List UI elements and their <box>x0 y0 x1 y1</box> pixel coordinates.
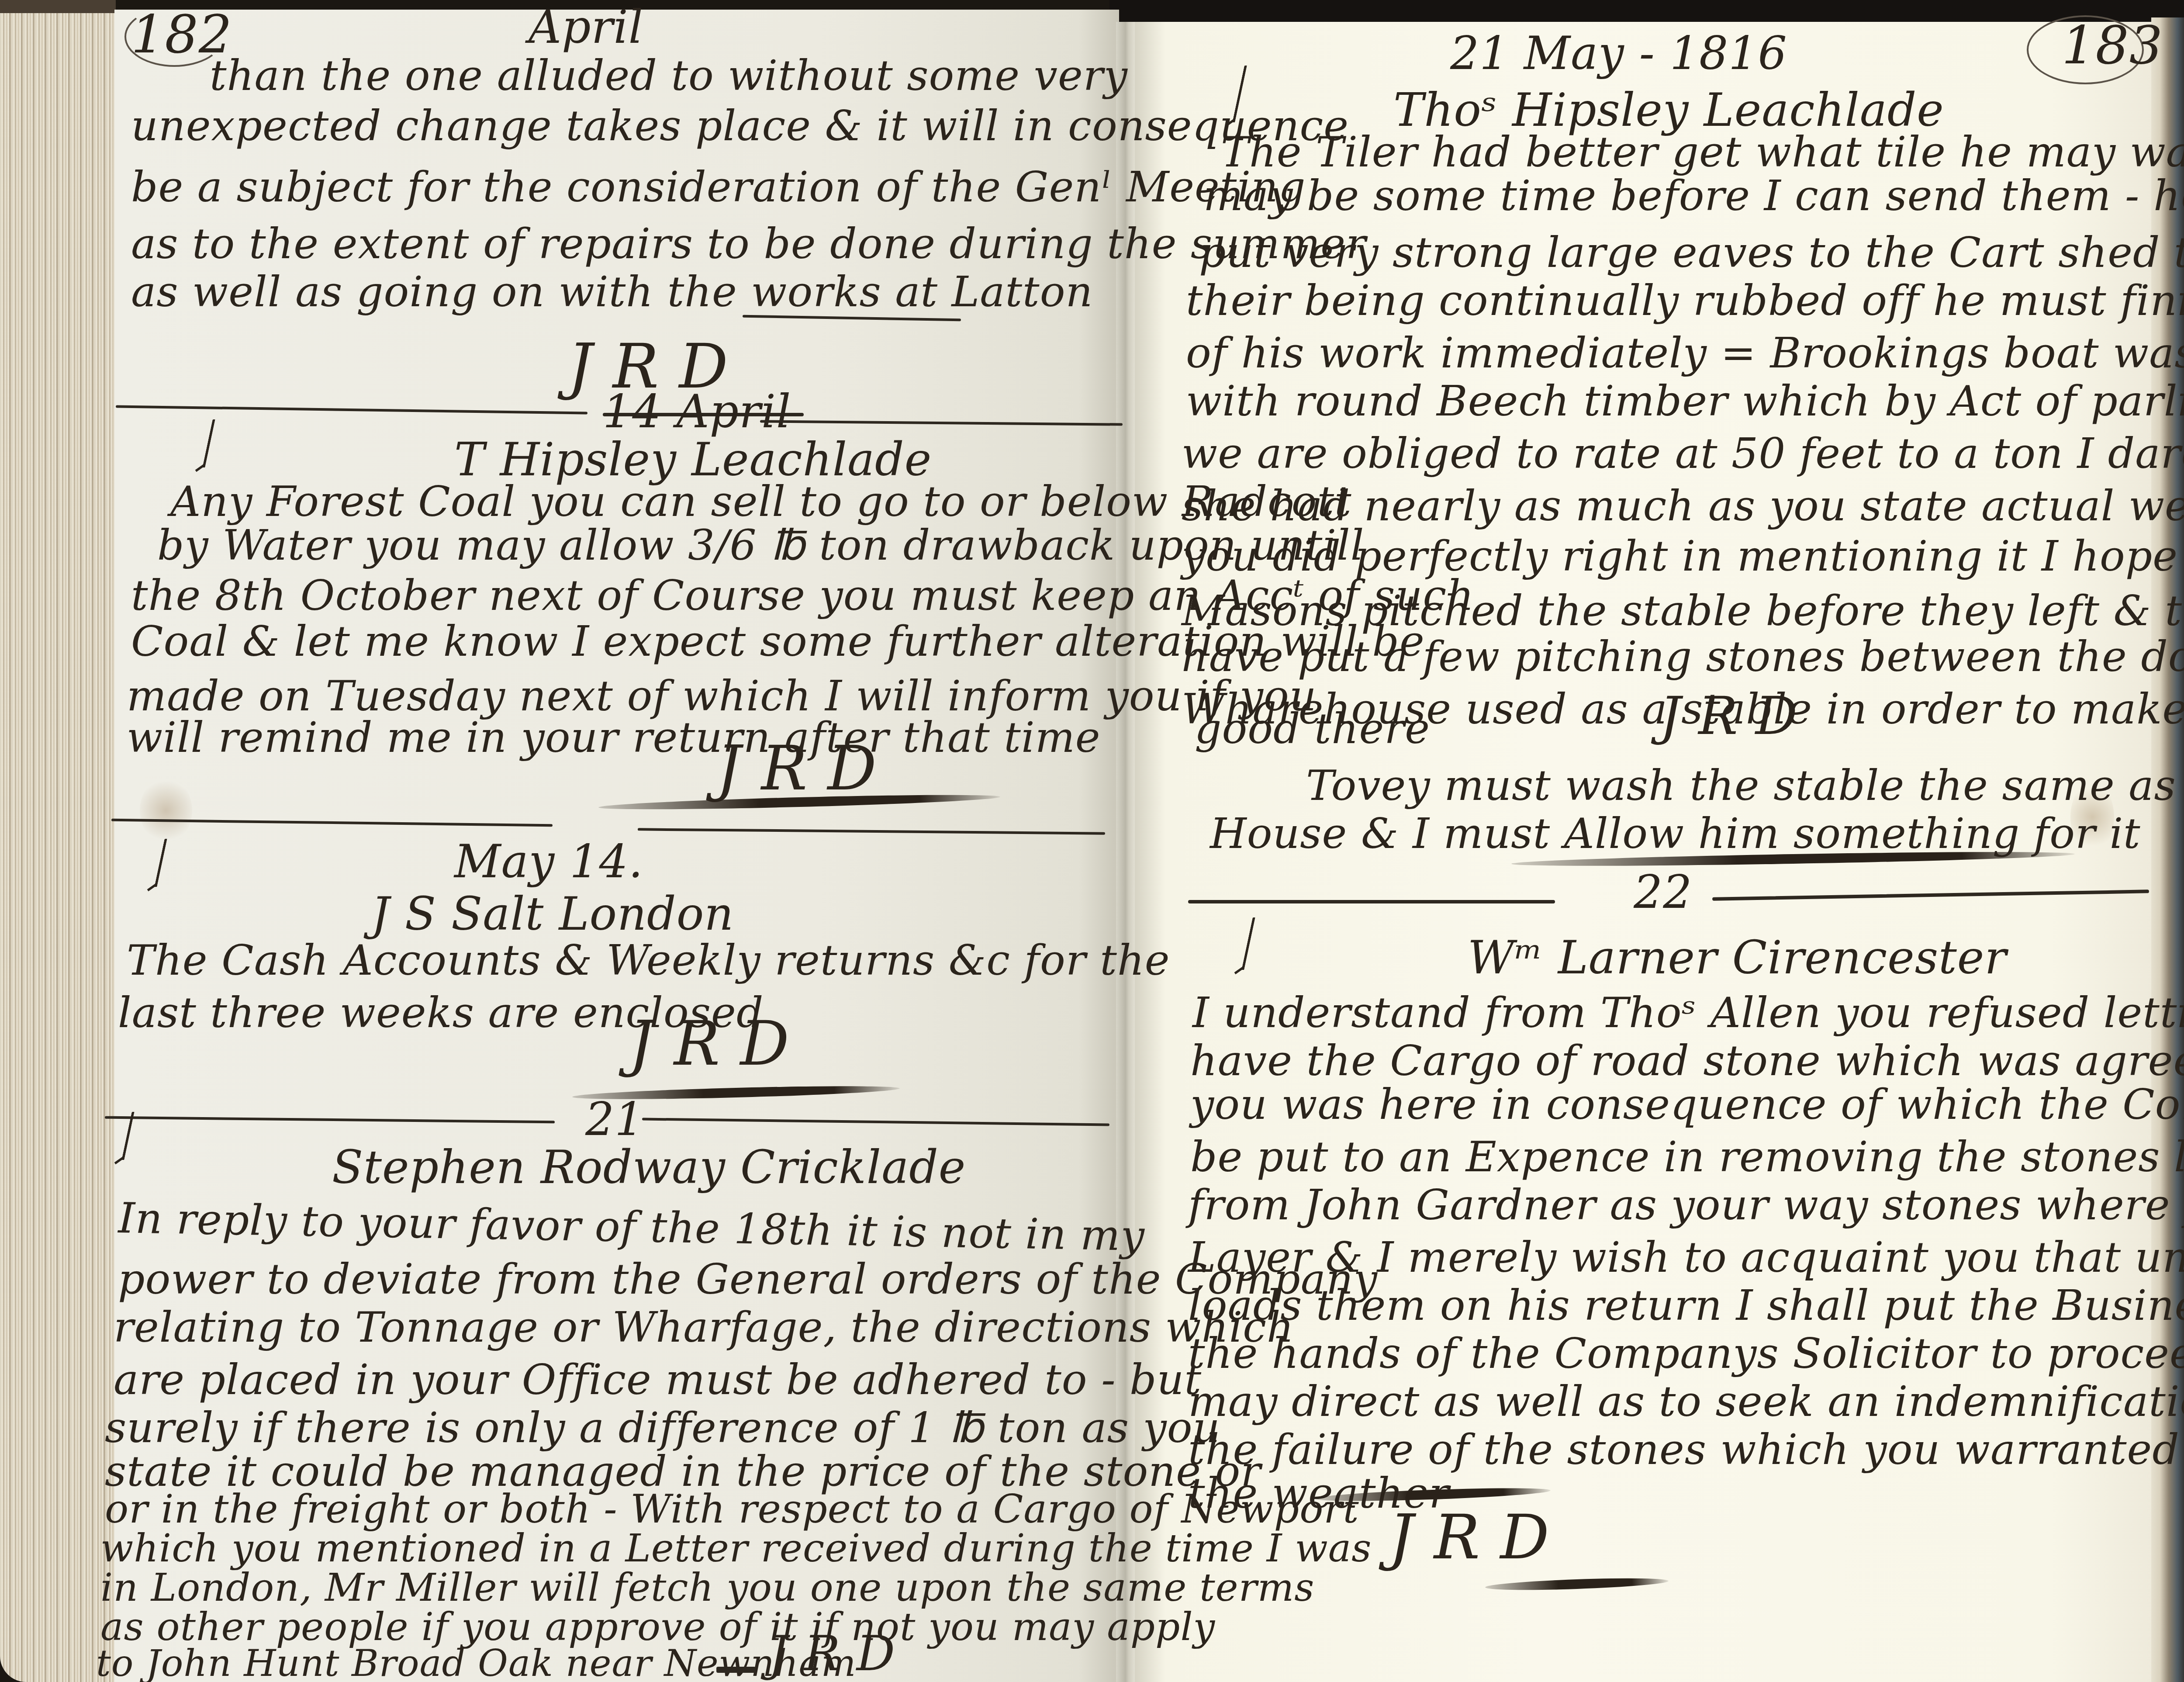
text-line: have the Cargo of road stone which was a… <box>1190 1040 2184 1082</box>
text-line: you did perfectly right in mentioning it… <box>1182 535 2184 577</box>
entry-addressee: T Hipsley Leachlade <box>454 437 932 482</box>
text-line: unexpected change takes place & it will … <box>131 105 1349 147</box>
entry-date: 14 April <box>603 389 791 434</box>
text-line: which you mentioned in a Letter received… <box>100 1529 1372 1568</box>
entry-date: May 14. <box>454 839 643 884</box>
signature: J R D <box>1660 690 1798 743</box>
signature: J R D <box>1389 1507 1550 1568</box>
page-edge-stack <box>0 13 116 1682</box>
text-line: the failure of the stones which you warr… <box>1188 1429 2184 1471</box>
book-spread: 182 April than the one alluded to withou… <box>0 0 2184 1682</box>
text-line: will remind me in your return after that… <box>127 716 1100 758</box>
text-line: relating to Tonnage or Wharfage, the dir… <box>114 1306 1294 1348</box>
entry-addressee: Thoˢ Hipsley Leachlade <box>1393 87 1944 133</box>
text-line: in London, Mr Miller will fetch you one … <box>100 1568 1314 1607</box>
text-line: Layer & I merely wish to acquaint you th… <box>1188 1236 2184 1278</box>
text-line: The Cash Accounts & Weekly returns &c fo… <box>127 939 1170 981</box>
entry-date: 21 May - 1816 <box>1450 31 1787 76</box>
text-line: be put to an Expence in removing the sto… <box>1190 1136 2184 1178</box>
signature: J R D <box>629 1014 790 1075</box>
text-line: or in the freight or both - With respect… <box>105 1490 1359 1529</box>
signature: J R D <box>716 738 877 799</box>
text-line: surely if there is only a difference of … <box>105 1407 1220 1449</box>
text-line: she had nearly as much as you state actu… <box>1182 485 2184 527</box>
page-number: 183 <box>2062 20 2163 72</box>
text-line: Any Forest Coal you can sell to go to or… <box>170 481 1352 523</box>
text-line: may direct as well as to seek an indemni… <box>1188 1381 2184 1422</box>
text-line: as well as going on with the works at La… <box>131 271 1093 313</box>
text-line: made on Tuesday next of which I will inf… <box>127 675 1317 717</box>
entry-date: 22 <box>1634 869 1692 915</box>
background-top <box>1109 0 2184 23</box>
text-line: I understand from Thoˢ Allen you refused… <box>1192 992 2184 1034</box>
text-line: are placed in your Office must be adhere… <box>114 1359 1202 1401</box>
text-line: you was here in consequence of which the… <box>1190 1083 2184 1125</box>
text-line: than the one alluded to without some ver… <box>210 55 1128 97</box>
text-line: we are obliged to rate at 50 feet to a t… <box>1182 433 2184 474</box>
text-line: their being continually rubbed off he mu… <box>1186 280 2184 322</box>
postscript-line: Tovey must wash the stable the same as t… <box>1306 765 2184 806</box>
running-head: April <box>529 4 643 50</box>
text-line: have put a few pitching stones between t… <box>1182 636 2184 678</box>
text-line: the hands of the Companys Solicitor to p… <box>1188 1332 2184 1374</box>
stain <box>140 778 192 843</box>
text-line: to John Hunt Broad Oak near Newnham <box>96 1645 856 1682</box>
text-line: be a subject for the consideration of th… <box>131 166 1306 208</box>
text-line: good there <box>1195 708 1430 750</box>
text-line: put very strong large eaves to the Cart … <box>1199 232 2184 273</box>
signature: J R D <box>769 1630 895 1678</box>
text-line: as to the extent of repairs to be done d… <box>131 223 1366 265</box>
postscript-line: House & I must Allow him something for i… <box>1210 813 2141 855</box>
text-line: from John Gardner as your way stones whe… <box>1188 1184 2184 1226</box>
text-line: may be some time before I can send them … <box>1203 175 2184 217</box>
text-line: loads them on his return I shall put the… <box>1188 1284 2184 1326</box>
entry-divider <box>1188 900 1555 903</box>
text-line: as other people if you approve of it if … <box>100 1608 1215 1646</box>
dash <box>716 1667 756 1673</box>
text-line: The Tiler had better get what tile he ma… <box>1221 131 2184 173</box>
entry-addressee: Stephen Rodway Cricklade <box>332 1145 966 1190</box>
text-line: with round Beech timber which by Act of … <box>1186 380 2184 422</box>
text-line: of his work immediately = Brookings boat… <box>1186 332 2184 374</box>
entry-addressee: J S Salt London <box>371 891 734 937</box>
text-line: Masons pitched the stable before they le… <box>1182 590 2184 632</box>
entry-date: 21 <box>585 1097 644 1142</box>
entry-addressee: Wᵐ Larner Cirencester <box>1468 935 2007 980</box>
